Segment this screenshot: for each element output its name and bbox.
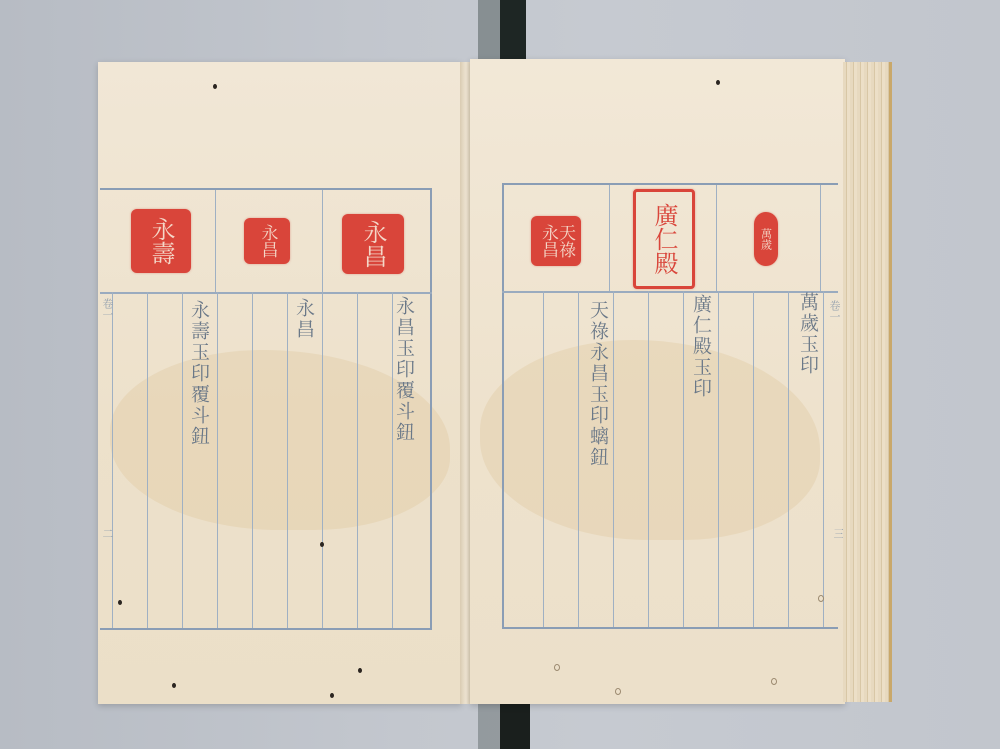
seal-yongchang-small: 永昌 — [244, 218, 290, 264]
seal-row-divider — [100, 292, 432, 294]
column-rule — [648, 291, 649, 627]
left-margin-volume-label: 卷一 — [99, 298, 115, 320]
column-rule — [147, 292, 148, 628]
column-rule — [578, 291, 579, 627]
caption-yongchang: 永昌 — [291, 298, 318, 340]
caption-yongchang-jade-seal: 永昌玉印覆斗鈕 — [391, 296, 418, 443]
caption-yongshou-jade-seal: 永壽玉印覆斗鈕 — [186, 300, 213, 447]
column-rule — [182, 292, 183, 628]
caption-guangren-dian-jade-seal: 廣仁殿玉印 — [688, 294, 715, 399]
column-rule — [718, 291, 719, 627]
wormhole — [716, 80, 720, 85]
book-stand-top — [500, 0, 526, 62]
wormhole — [320, 542, 324, 547]
column-rule — [287, 292, 288, 628]
column-rule — [357, 292, 358, 628]
column-rule — [543, 291, 544, 627]
column-rule — [217, 292, 218, 628]
wormhole — [615, 688, 621, 695]
column-rule — [252, 292, 253, 628]
seal-cell-divider — [215, 190, 216, 292]
wormhole — [118, 600, 122, 605]
seal-yongchang: 永昌 — [342, 214, 404, 274]
seal-cell-divider — [716, 185, 717, 291]
wormhole — [554, 664, 560, 671]
wormhole — [358, 668, 362, 673]
seal-guangren-dian: 廣仁殿 — [633, 189, 695, 289]
caption-tianlu-yongchang-jade-seal: 天祿永昌玉印螭鈕 — [585, 300, 612, 468]
wormhole — [172, 683, 176, 688]
wormhole — [213, 84, 217, 89]
right-margin-volume-label: 卷一 — [826, 300, 842, 322]
caption-wansui-jade-seal: 萬歲玉印 — [795, 292, 822, 376]
column-rule — [753, 291, 754, 627]
column-rule — [112, 292, 113, 628]
wormhole — [771, 678, 777, 685]
seal-wansui: 萬歲 — [754, 212, 778, 266]
seal-cell-divider — [322, 190, 323, 292]
seal-cell-divider — [820, 185, 821, 291]
column-rule — [823, 291, 824, 627]
wormhole — [330, 693, 334, 698]
left-page-number: 二 — [99, 528, 115, 539]
wormhole — [818, 595, 824, 602]
seal-yongshou: 永壽 — [131, 209, 191, 273]
seal-tianlu-yongchang: 天祿永昌 — [531, 216, 581, 266]
column-rule — [788, 291, 789, 627]
column-rule — [613, 291, 614, 627]
seal-cell-divider — [609, 185, 610, 291]
book-stand-bottom — [500, 703, 530, 749]
column-rule — [322, 292, 323, 628]
page-stack-edge — [843, 62, 892, 702]
column-rule — [683, 291, 684, 627]
